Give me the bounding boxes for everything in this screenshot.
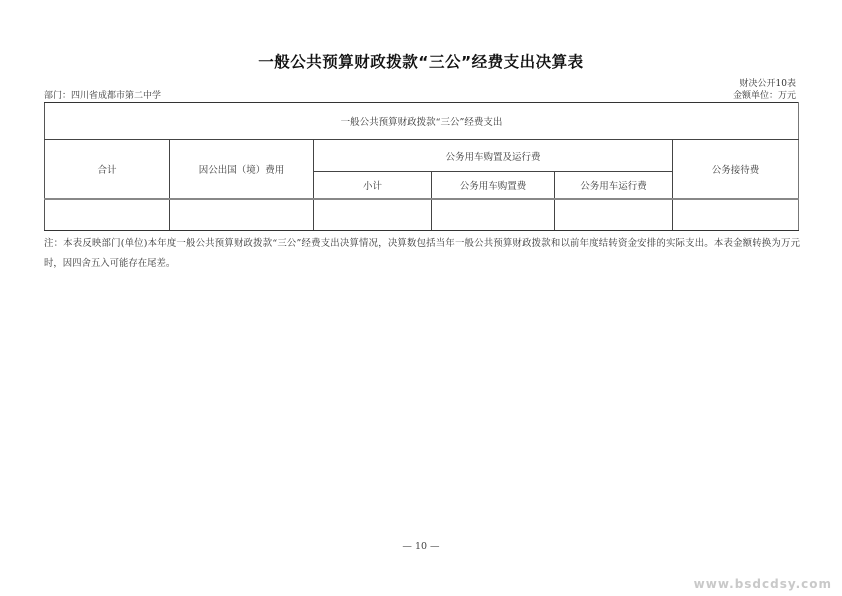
cell-total	[45, 199, 170, 231]
cell-vehicle-subtotal	[314, 199, 432, 231]
watermark: www.bsdcdsy.com	[694, 577, 832, 591]
header-total: 合计	[45, 140, 170, 200]
amount-unit-label: 金额单位：万元	[733, 88, 796, 101]
header-reception-expenses: 公务接待费	[673, 140, 799, 200]
table-row	[45, 199, 799, 231]
header-vehicle-purchase: 公务用车购置费	[432, 172, 555, 200]
cell-overseas-expenses	[170, 199, 314, 231]
table-footnote: 注：本表反映部门(单位)本年度一般公共预算财政拨款“三公”经费支出决算情况，决算…	[44, 234, 800, 274]
department-label: 部门：四川省成都市第二中学	[44, 88, 161, 101]
cell-reception-expenses	[673, 199, 799, 231]
header-vehicle-group: 公务用车购置及运行费	[314, 140, 673, 172]
cell-vehicle-purchase	[432, 199, 555, 231]
cell-vehicle-operation	[555, 199, 673, 231]
group-header-cell: 一般公共预算财政拨款“三公”经费支出	[45, 103, 799, 140]
header-vehicle-operation: 公务用车运行费	[555, 172, 673, 200]
three-public-expenses-table: 一般公共预算财政拨款“三公”经费支出 合计 因公出国（境）费用 公务用车购置及运…	[44, 102, 799, 231]
report-title: 一般公共预算财政拨款“三公”经费支出决算表	[0, 50, 842, 72]
header-overseas-expenses: 因公出国（境）费用	[170, 140, 314, 200]
page-number: — 10 —	[0, 541, 842, 552]
header-vehicle-subtotal: 小计	[314, 172, 432, 200]
